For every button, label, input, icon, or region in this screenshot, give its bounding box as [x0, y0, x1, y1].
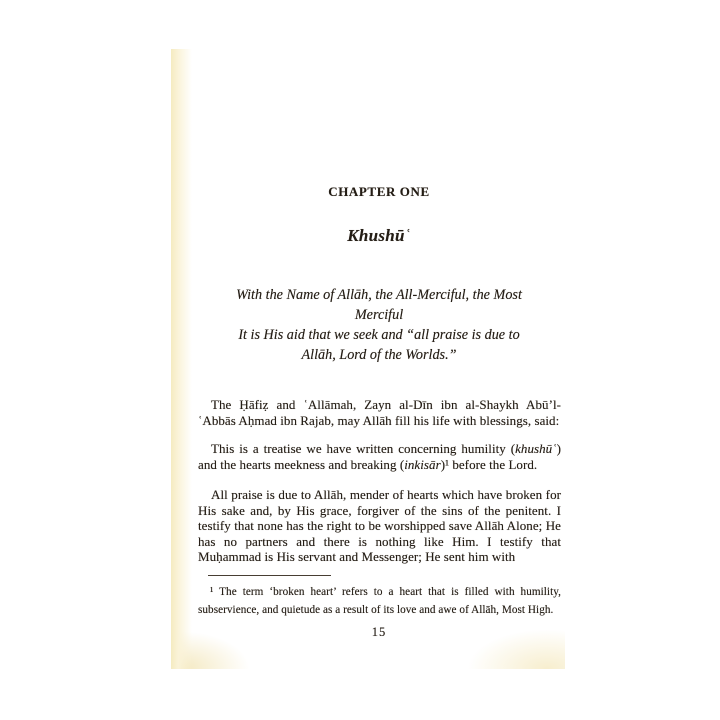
- paragraph-treatise: This is a treatise we have written conce…: [198, 441, 561, 472]
- term-khushu: khushūʿ: [515, 441, 557, 456]
- book-page: CHAPTER ONE Khushūʿ With the Name of All…: [171, 49, 565, 669]
- paragraph-text: )¹ before the Lord.: [441, 457, 538, 472]
- paragraph-text: This is a treatise we have written conce…: [211, 441, 515, 456]
- invocation-line: Merciful: [188, 305, 570, 325]
- footnote: ¹ The term ‘broken heart’ refers to a he…: [198, 583, 561, 619]
- paragraph-attribution: The Ḥāfiẓ and ʿAllāmah, Zayn al-Dīn ibn …: [198, 397, 561, 428]
- chapter-heading: CHAPTER ONE: [198, 184, 560, 200]
- invocation-block: With the Name of Allāh, the All-Merciful…: [188, 285, 570, 365]
- page-number: 15: [198, 625, 560, 640]
- footnote-divider: [208, 575, 331, 576]
- term-inkisar: inkisār: [404, 457, 440, 472]
- book-page-photo: CHAPTER ONE Khushūʿ With the Name of All…: [0, 0, 720, 720]
- paragraph-praise: All praise is due to Allāh, mender of he…: [198, 487, 561, 565]
- chapter-title: Khushūʿ: [198, 226, 560, 246]
- invocation-line: With the Name of Allāh, the All-Merciful…: [188, 285, 570, 305]
- invocation-line: Allāh, Lord of the Worlds.”: [188, 345, 570, 365]
- invocation-line: It is His aid that we seek and “all prai…: [188, 325, 570, 345]
